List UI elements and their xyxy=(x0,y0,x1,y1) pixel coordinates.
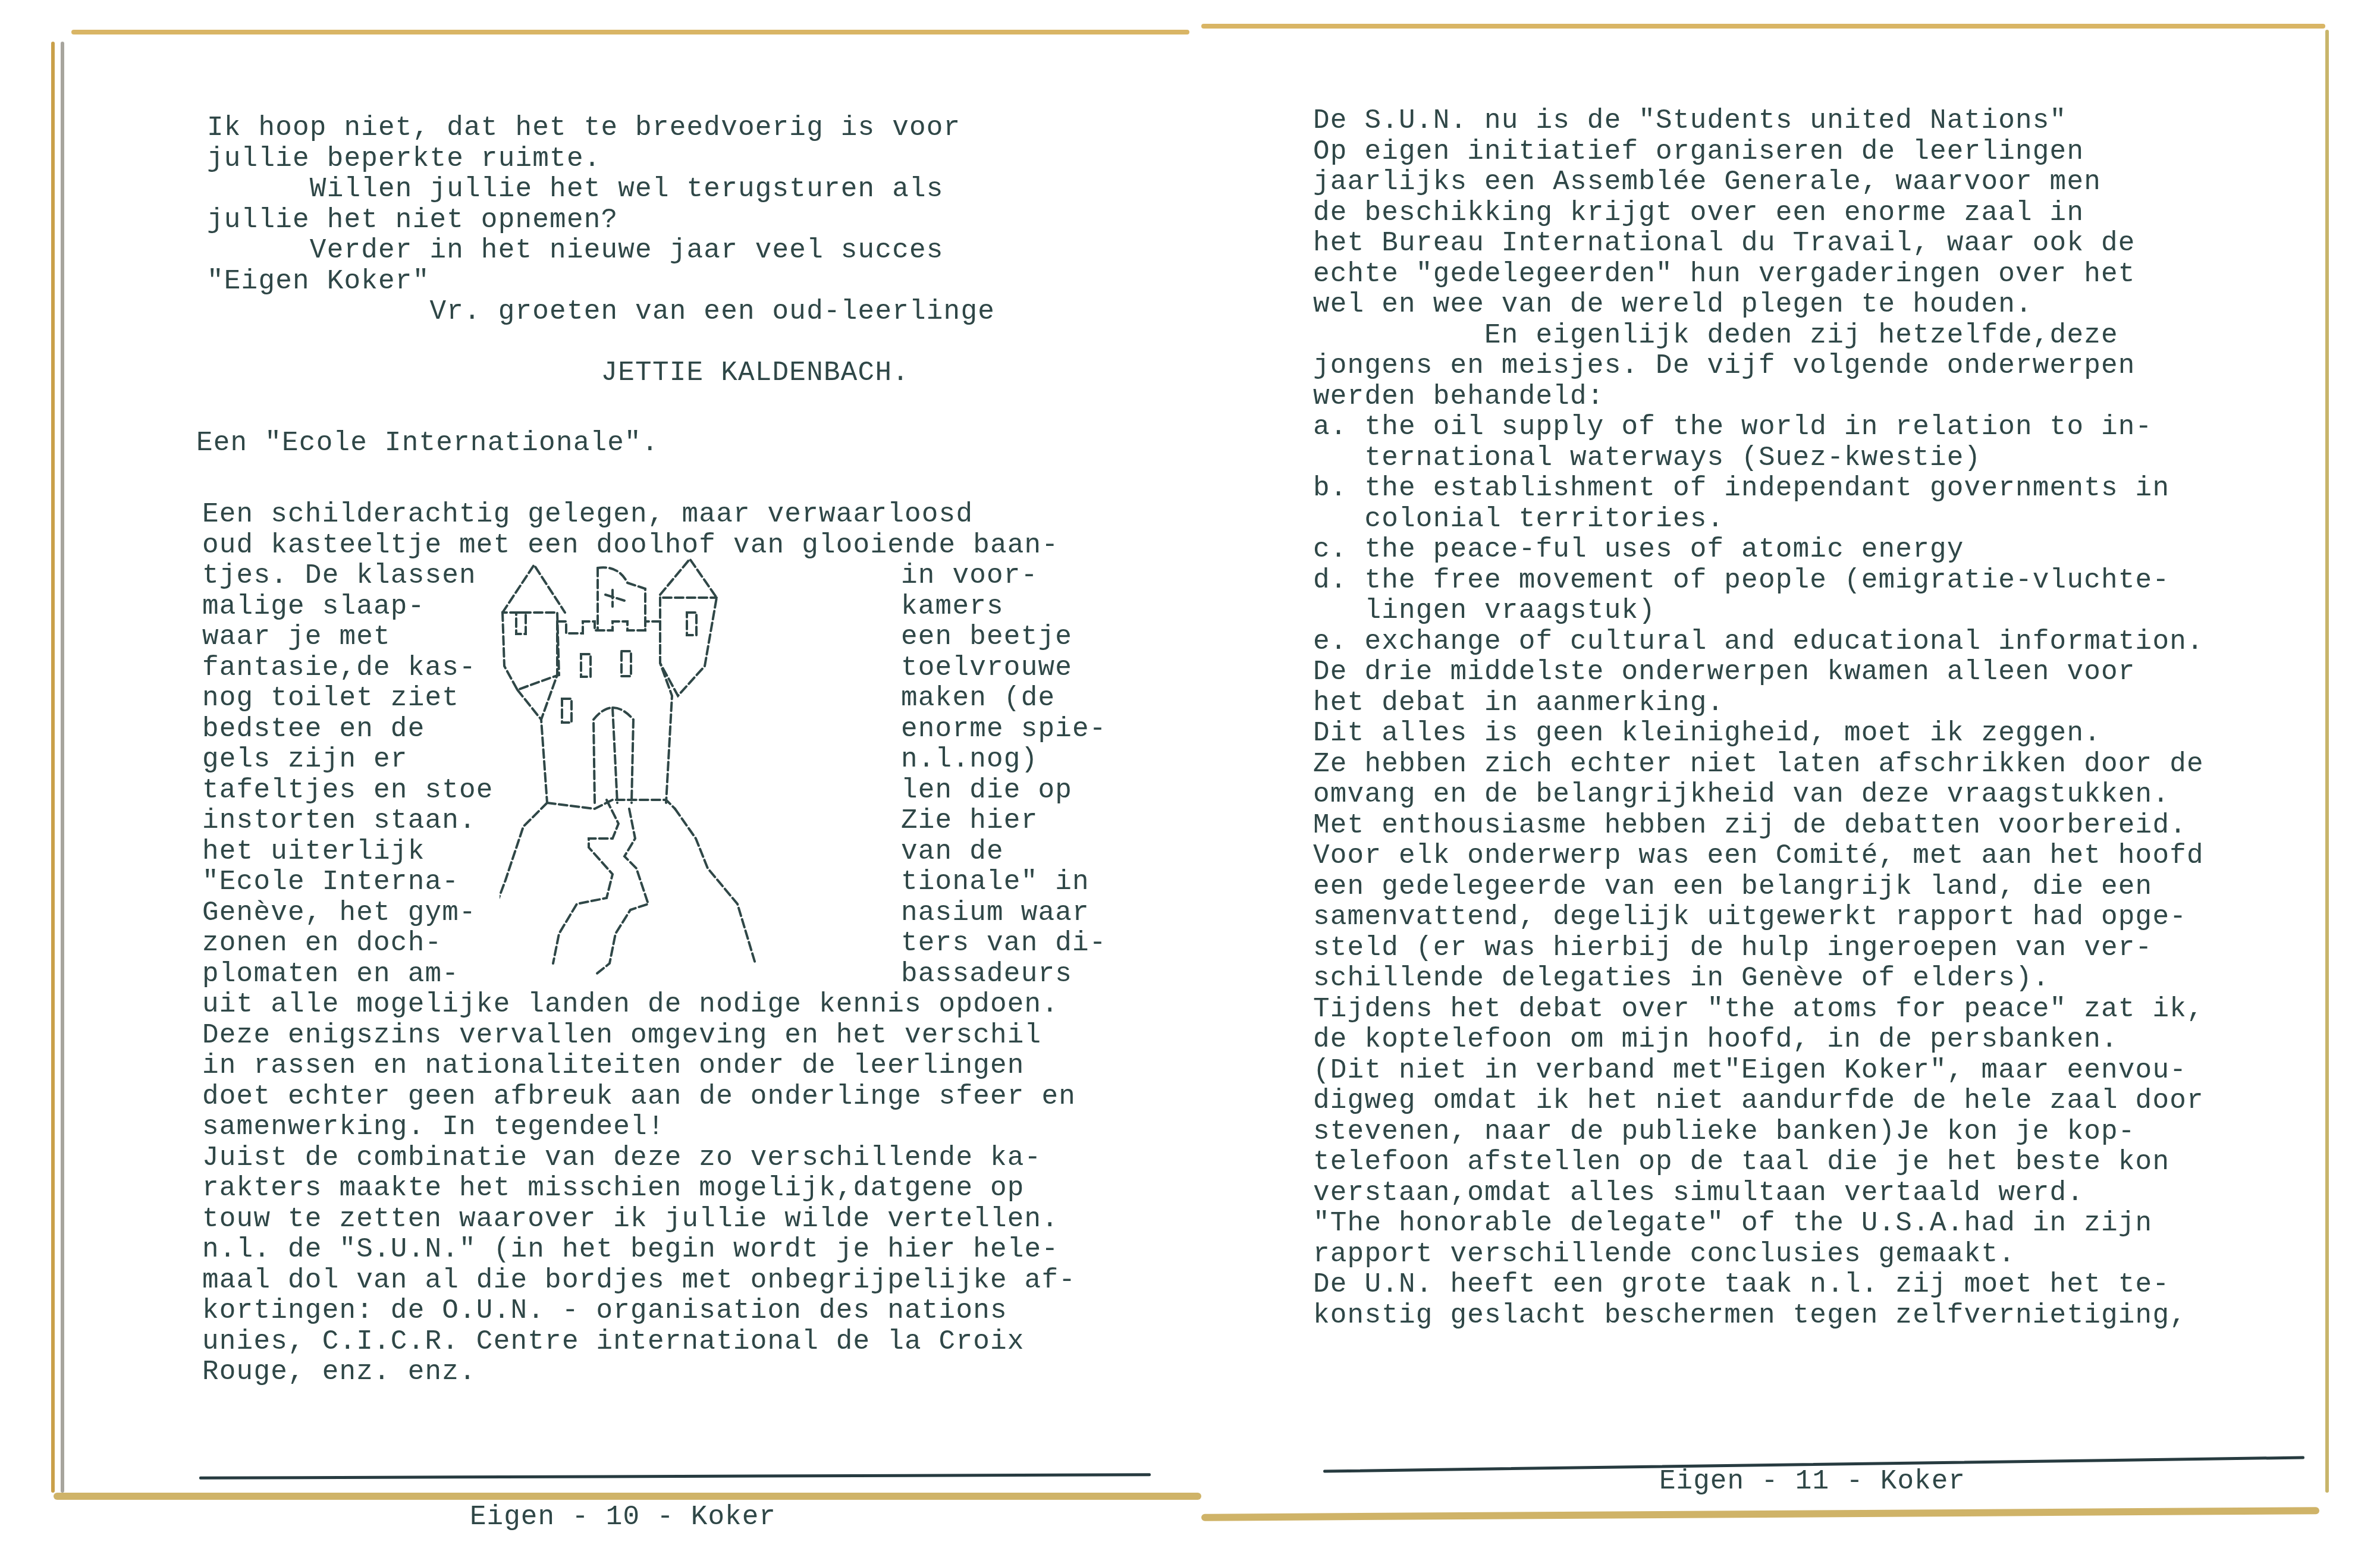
text-line: jullie beperkte ruimte. xyxy=(207,144,995,175)
text-line: De S.U.N. nu is de "Students united Nati… xyxy=(1313,106,2204,137)
text-line: in voor- xyxy=(901,561,1107,592)
text-line: De drie middelste onderwerpen kwamen all… xyxy=(1313,657,2204,688)
text-line: Een schilderachtig gelegen, maar verwaar… xyxy=(202,500,1059,530)
text-line: Voor elk onderwerp was een Comité, met a… xyxy=(1313,841,2204,872)
text-line: echte "gedelegeerden" hun vergaderingen … xyxy=(1313,259,2204,290)
text-line: schillende delegaties in Genève of elder… xyxy=(1313,963,2204,994)
text-line: JETTIE KALDENBACH. xyxy=(207,358,995,389)
text-line: Rouge, enz. enz. xyxy=(202,1357,1076,1388)
text-line: rakters maakte het misschien mogelijk,da… xyxy=(202,1173,1076,1204)
text-line: kamers xyxy=(901,592,1107,623)
text-line: bedstee en de xyxy=(202,714,494,745)
text-line: touw te zetten waarover ik jullie wilde … xyxy=(202,1204,1076,1235)
text-line: enorme spie- xyxy=(901,714,1107,745)
text-line: len die op xyxy=(901,775,1107,806)
text-line: (Dit niet in verband met"Eigen Koker", m… xyxy=(1313,1056,2204,1086)
text-line: Vr. groeten van een oud-leerlinge xyxy=(207,297,995,328)
section-title: Een "Ecole Internationale". xyxy=(196,428,659,459)
text-line: Tijdens het debat over "the atoms for pe… xyxy=(1313,994,2204,1025)
text-line: ternational waterways (Suez-kwestie) xyxy=(1313,443,2204,474)
text-line: Ik hoop niet, dat het te breedvoerig is … xyxy=(207,113,995,144)
text-line: a. the oil supply of the world in relati… xyxy=(1313,412,2204,443)
body-paragraph: uit alle mogelijke landen de nodige kenn… xyxy=(202,990,1076,1388)
text-line: Ze hebben zich echter niet laten afschri… xyxy=(1313,749,2204,780)
page-bottom-edge xyxy=(1201,1507,2319,1521)
text-line: de koptelefoon om mijn hoofd, in de pers… xyxy=(1313,1025,2204,1056)
left-page: Ik hoop niet, dat het te breedvoerig is … xyxy=(54,24,1201,1522)
text-line: b. the establishment of independant gove… xyxy=(1313,473,2204,504)
text-line: Dit alles is geen kleinigheid, moet ik z… xyxy=(1313,718,2204,749)
text-line: telefoon afstellen op de taal die je het… xyxy=(1313,1147,2204,1178)
page-bottom-edge xyxy=(54,1493,1201,1500)
text-line: wel en wee van de wereld plegen te houde… xyxy=(1313,290,2204,321)
text-line: toelvrouwe xyxy=(901,653,1107,684)
text-line: "Eigen Koker" xyxy=(207,266,995,297)
text-line: d. the free movement of people (emigrati… xyxy=(1313,566,2204,596)
text-line: waar je met xyxy=(202,622,494,653)
text-line: in rassen en nationaliteiten onder de le… xyxy=(202,1051,1076,1082)
text-line: En eigenlijk deden zij hetzelfde,deze xyxy=(1313,321,2204,351)
text-line: instorten staan. xyxy=(202,806,494,837)
text-line: ters van di- xyxy=(901,928,1107,959)
wrap-left-column: tjes. De klassenmalige slaap-waar je met… xyxy=(202,561,494,990)
text-line: van de xyxy=(901,837,1107,868)
text-line: stevenen, naar de publieke banken)Je kon… xyxy=(1313,1117,2204,1148)
footer-rule xyxy=(199,1473,1151,1480)
text-line: Op eigen initiatief organiseren de leerl… xyxy=(1313,137,2204,168)
page-top-edge xyxy=(1201,24,2325,29)
text-line: samenvattend, degelijk uitgewerkt rappor… xyxy=(1313,902,2204,933)
page-footer: Eigen - 11 - Koker xyxy=(1659,1466,1965,1497)
text-line: De U.N. heeft een grote taak n.l. zij mo… xyxy=(1313,1270,2204,1301)
text-line: unies, C.I.C.R. Centre international de … xyxy=(202,1327,1076,1358)
text-line: fantasie,de kas- xyxy=(202,653,494,684)
text-line: tjes. De klassen xyxy=(202,561,494,592)
text-line: doet echter geen afbreuk aan de onderlin… xyxy=(202,1082,1076,1113)
text-line: tionale" in xyxy=(901,867,1107,898)
article-continuation: De S.U.N. nu is de "Students united Nati… xyxy=(1313,106,2204,1331)
text-line: een beetje xyxy=(901,622,1107,653)
text-line: maal dol van al die bordjes met onbegrij… xyxy=(202,1265,1076,1296)
text-line: het uiterlijk xyxy=(202,837,494,868)
text-line: de beschikking krijgt over een enorme za… xyxy=(1313,198,2204,229)
page-right-edge xyxy=(2325,30,2329,1493)
text-line: digweg omdat ik het niet aandurfde de he… xyxy=(1313,1086,2204,1117)
page-top-edge xyxy=(71,30,1189,34)
text-line: werden behandeld: xyxy=(1313,382,2204,413)
text-line: Verder in het nieuwe jaar veel succes xyxy=(207,235,995,266)
text-line: Deze enigszins vervallen omgeving en het… xyxy=(202,1020,1076,1051)
text-line: Zie hier xyxy=(901,806,1107,837)
page-footer: Eigen - 10 - Koker xyxy=(470,1502,776,1533)
text-line: het debat in aanmerking. xyxy=(1313,688,2204,719)
text-line: "The honorable delegate" of the U.S.A.ha… xyxy=(1313,1208,2204,1239)
text-line: nasium waar xyxy=(901,898,1107,929)
text-line: rapport verschillende conclusies gemaakt… xyxy=(1313,1239,2204,1270)
text-line: bassadeurs xyxy=(901,959,1107,990)
text-line: jaarlijks een Assemblée Generale, waarvo… xyxy=(1313,167,2204,198)
text-line: colonial territories. xyxy=(1313,504,2204,535)
text-line: het Bureau International du Travail, waa… xyxy=(1313,228,2204,259)
letter-closing: Ik hoop niet, dat het te breedvoerig is … xyxy=(207,113,995,389)
castle-illustration xyxy=(500,547,856,987)
text-line: malige slaap- xyxy=(202,592,494,623)
text-line: jongens en meisjes. De vijf volgende ond… xyxy=(1313,351,2204,382)
text-line xyxy=(207,328,995,359)
text-line: kortingen: de O.U.N. - organisation des … xyxy=(202,1296,1076,1327)
text-line: steld (er was hierbij de hulp ingeroepen… xyxy=(1313,933,2204,964)
right-page: De S.U.N. nu is de "Students united Nati… xyxy=(1201,24,2337,1522)
wrap-right-column: in voor-kamerseen beetjetoelvrouwemaken … xyxy=(901,561,1107,990)
text-line: e. exchange of cultural and educational … xyxy=(1313,627,2204,658)
text-line: gels zijn er xyxy=(202,745,494,775)
text-line: plomaten en am- xyxy=(202,959,494,990)
text-line: omvang en de belangrijkheid van deze vra… xyxy=(1313,780,2204,811)
text-line: n.l. de "S.U.N." (in het begin wordt je … xyxy=(202,1235,1076,1265)
text-line: uit alle mogelijke landen de nodige kenn… xyxy=(202,990,1076,1020)
text-line: tafeltjes en stoe xyxy=(202,775,494,806)
text-line: Genève, het gym- xyxy=(202,898,494,929)
text-line: maken (de xyxy=(901,683,1107,714)
page-left-edge-outer xyxy=(51,42,55,1493)
text-line: nog toilet ziet xyxy=(202,683,494,714)
text-line: Willen jullie het wel terugsturen als xyxy=(207,174,995,205)
text-line: c. the peace-ful uses of atomic energy xyxy=(1313,535,2204,566)
text-line: "Ecole Interna- xyxy=(202,867,494,898)
text-line: verstaan,omdat alles simultaan vertaald … xyxy=(1313,1178,2204,1209)
text-line: samenwerking. In tegendeel! xyxy=(202,1112,1076,1143)
text-line: een gedelegeerde van een belangrijk land… xyxy=(1313,872,2204,903)
text-line: zonen en doch- xyxy=(202,928,494,959)
page-left-edge-inner xyxy=(61,42,64,1493)
text-line: jullie het niet opnemen? xyxy=(207,205,995,236)
text-line: n.l.nog) xyxy=(901,745,1107,775)
text-line: Met enthousiasme hebben zij de debatten … xyxy=(1313,811,2204,841)
text-line: konstig geslacht beschermen tegen zelfve… xyxy=(1313,1301,2204,1332)
text-line: lingen vraagstuk) xyxy=(1313,596,2204,627)
text-line: Juist de combinatie van deze zo verschil… xyxy=(202,1143,1076,1174)
